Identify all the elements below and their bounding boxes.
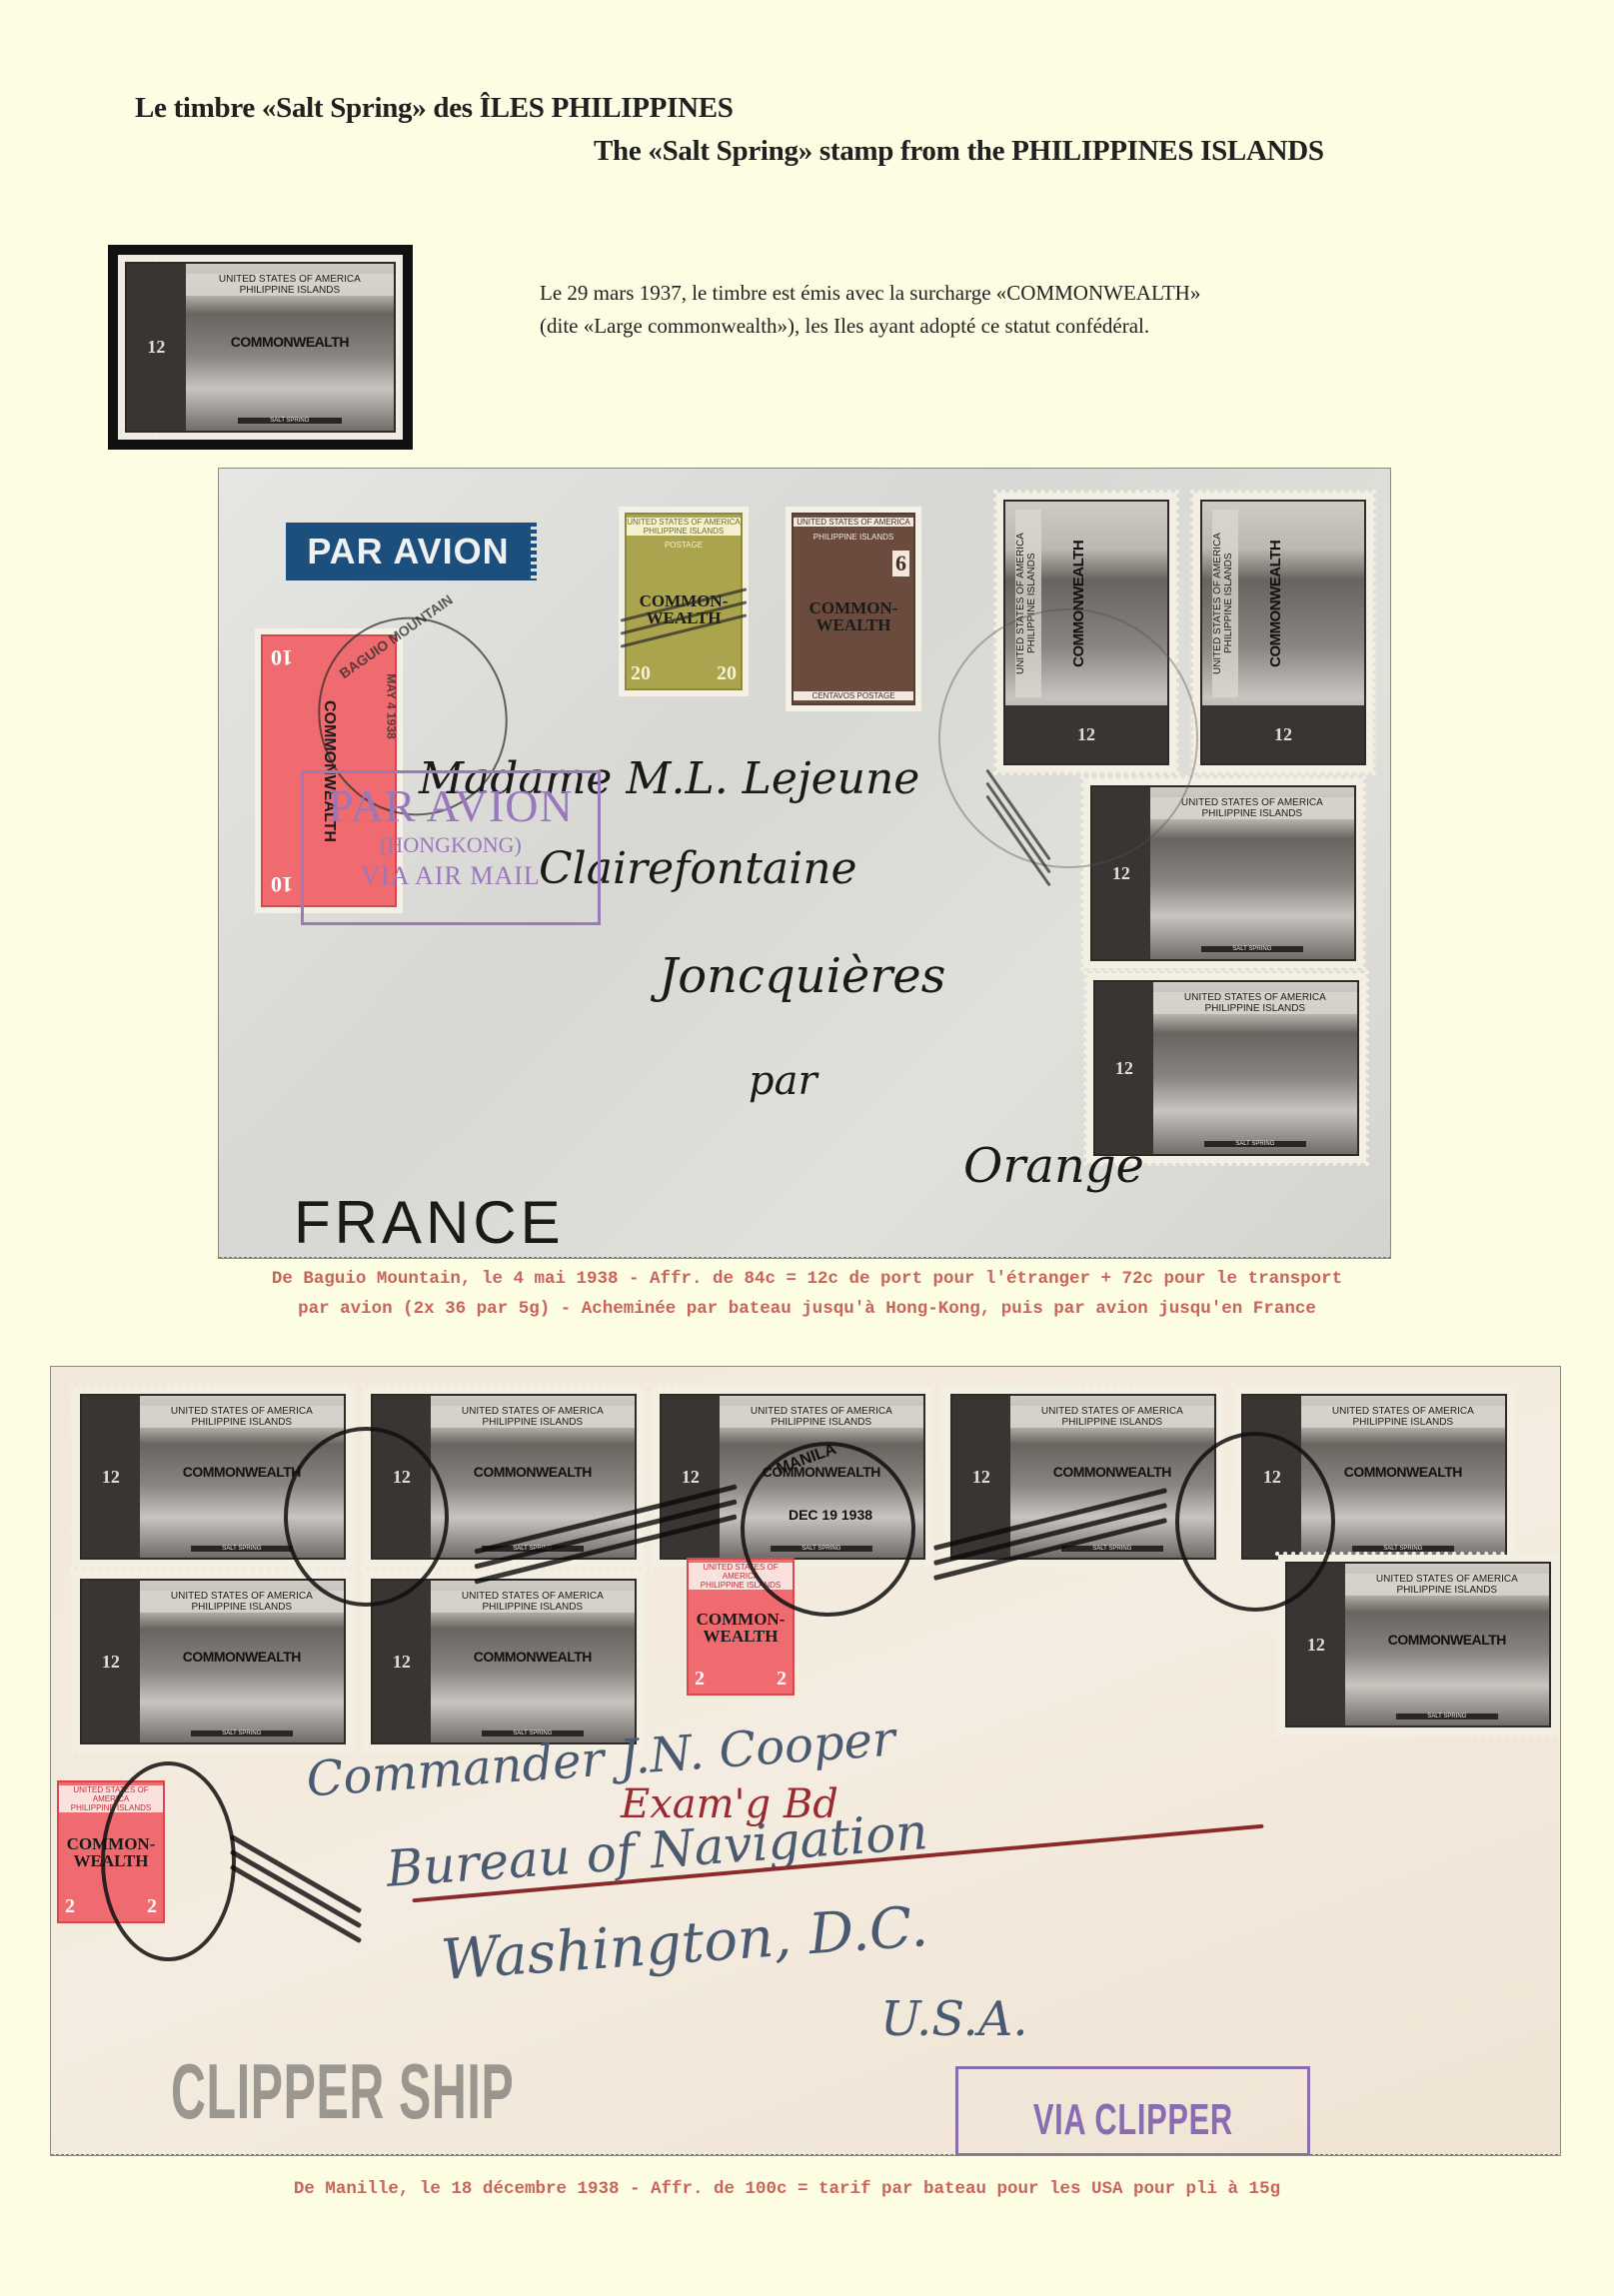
stamp-12c: 12UNITED STATES OF AMERICAPHILIPPINE ISL… [364, 1572, 644, 1751]
page-title-english: The «Salt Spring» stamp from the PHILIPP… [594, 135, 1324, 168]
stamp-6c: UNITED STATES OF AMERICA PHILIPPINE ISLA… [786, 507, 921, 711]
page-title-french: Le timbre «Salt Spring» des ÎLES PHILIPP… [135, 92, 734, 125]
wavy-cancel [963, 813, 1073, 852]
via-clipper-cachet: VIA CLIPPER [955, 2066, 1310, 2156]
address-country: FRANCE [294, 1188, 565, 1257]
wavy-cancel [221, 1871, 371, 1916]
stamp-overprint: COMMONWEALTH [190, 334, 390, 350]
cover1-caption: De Baguio Mountain, le 4 mai 1938 - Affr… [0, 1264, 1614, 1324]
manila-postmark [741, 1442, 915, 1617]
par-avion-label: PAR AVION [286, 523, 531, 580]
stamp-12c: 12UNITED STATES OF AMERICAPHILIPPINE ISL… [73, 1572, 353, 1751]
cover-manila: 12UNITED STATES OF AMERICAPHILIPPINE ISL… [50, 1366, 1561, 2156]
wavy-cancel [471, 1517, 741, 1562]
address-line4: par [749, 1058, 817, 1104]
address-line5: Orange [963, 1138, 1144, 1194]
cover-baguio: PAR AVION 10 COMMONWEALTH 10 UNITED STAT… [218, 468, 1391, 1259]
postmark-date: MAY 4 1938 [384, 673, 400, 738]
address-line3: Washington, D.C. [439, 1894, 929, 1993]
intro-text: Le 29 mars 1937, le timbre est émis avec… [540, 277, 1200, 343]
stamp-footer: SALT SPRING [238, 418, 342, 424]
stamp-12c: 12 UNITED STATES OF AMERICA PHILIPPINE I… [1193, 493, 1373, 772]
wavy-cancel [619, 603, 749, 642]
cover2-caption: De Manille, le 18 décembre 1938 - Affr. … [0, 2174, 1614, 2204]
stamp-20c: UNITED STATES OF AMERICAPHILIPPINE ISLAN… [619, 507, 749, 696]
manila-postmark [101, 1761, 236, 1961]
clipper-ship-cachet: CLIPPER SHIP [171, 2046, 514, 2137]
manila-postmark [1175, 1432, 1335, 1612]
stamp-header: UNITED STATES OF AMERICAPHILIPPINE ISLAN… [186, 274, 394, 296]
stamp-12c: 12 UNITED STATES OF AMERICAPHILIPPINE IS… [1086, 973, 1366, 1163]
address-line4: U.S.A. [880, 1991, 1028, 2047]
wavy-cancel [930, 1517, 1170, 1562]
stamp-value: 12 [127, 264, 186, 431]
par-avion-hongkong-cachet: PAR AVION (HONGKONG) VIA AIR MAIL [301, 770, 601, 925]
manila-postmark [284, 1427, 449, 1607]
postmark-date: DEC 19 1938 [786, 1507, 875, 1523]
stamp-12c: 12UNITED STATES OF AMERICAPHILIPPINE ISL… [1278, 1555, 1558, 1734]
featured-stamp: 12 UNITED STATES OF AMERICAPHILIPPINE IS… [108, 245, 413, 450]
address-line3: Joncquières [659, 948, 945, 1004]
